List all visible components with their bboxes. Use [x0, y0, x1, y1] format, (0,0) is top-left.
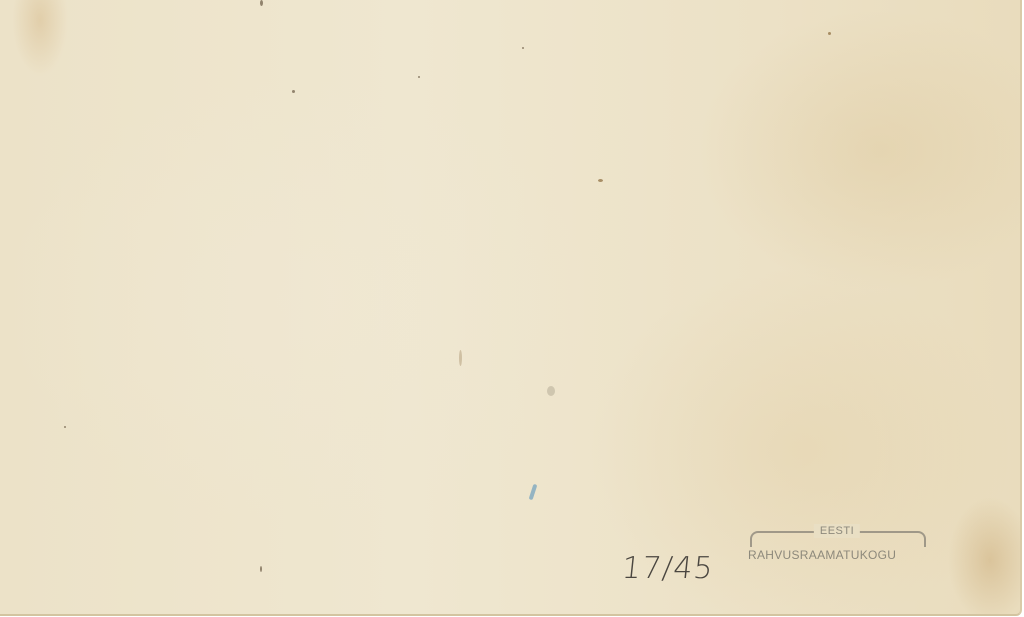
- library-stamp: EESTI RAHVUSRAAMATUKOGU: [746, 524, 928, 568]
- paper-stain: [547, 386, 555, 396]
- paper-stain: [459, 350, 462, 366]
- ink-speck: [828, 32, 831, 35]
- ink-speck: [260, 0, 263, 6]
- ink-speck: [598, 179, 603, 182]
- ink-speck: [292, 90, 295, 93]
- ink-speck: [522, 47, 524, 49]
- ink-speck: [64, 426, 66, 428]
- ink-speck: [418, 76, 420, 78]
- stamp-bottom-text: RAHVUSRAAMATUKOGU: [748, 548, 896, 562]
- blue-ink-mark: [529, 484, 538, 500]
- ink-speck: [260, 566, 262, 572]
- handwritten-catalog-number: 17/45: [620, 552, 715, 586]
- stamp-top-text: EESTI: [814, 524, 860, 538]
- card-back: EESTI RAHVUSRAAMATUKOGU 17/45: [0, 0, 1022, 616]
